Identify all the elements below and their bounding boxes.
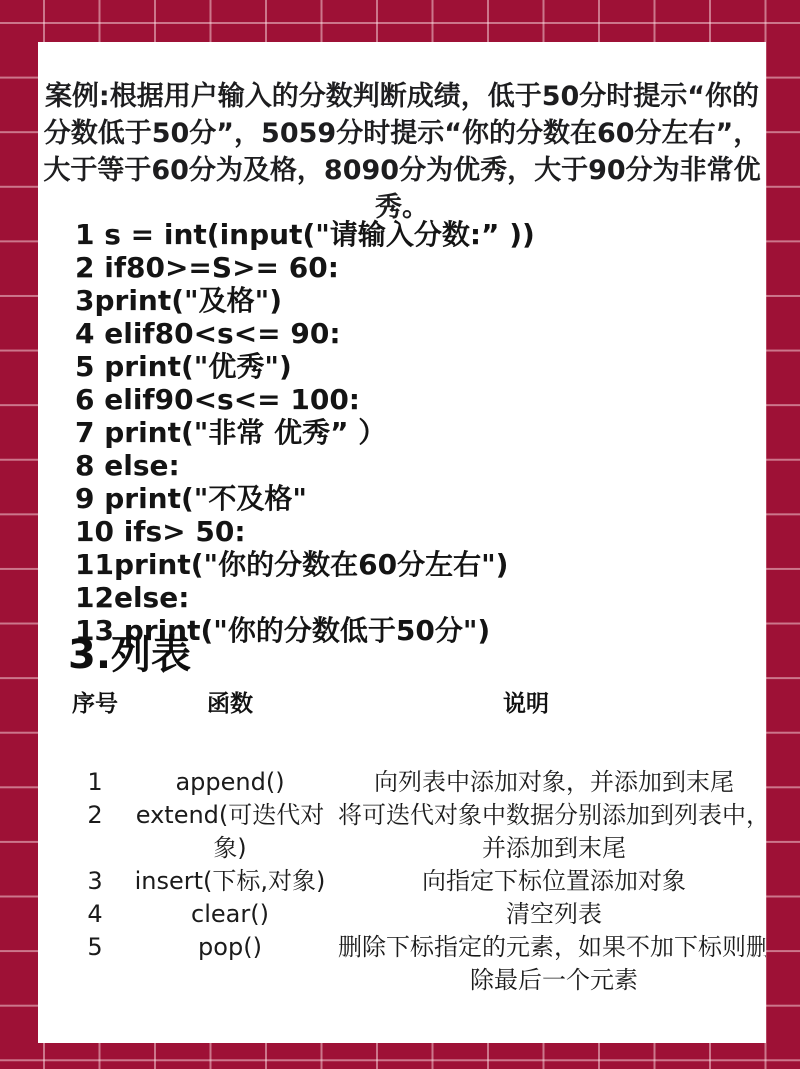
row-function: extend(可迭代对象) [124, 799, 336, 865]
code-line: 11print("你的分数在60分左右") [75, 548, 766, 581]
row-description: 清空列表 [336, 898, 766, 931]
row-function: pop() [124, 931, 336, 997]
table-row: 2 extend(可迭代对象) 将可迭代对象中数据分别添加到列表中，并添加到末尾 [38, 799, 766, 865]
code-line: 1 s = int(input("请输入分数:” )) [75, 218, 766, 251]
code-line: 4 elif80<s<= 90: [75, 317, 766, 350]
row-description: 将可迭代对象中数据分别添加到列表中，并添加到末尾 [336, 799, 766, 865]
intro-line: 大于等于60分为及格，8090分为优秀，大于90分为非常优 [38, 152, 766, 189]
code-line: 5 print("优秀") [75, 350, 766, 383]
row-description: 向列表中添加对象，并添加到末尾 [336, 766, 766, 799]
row-function: clear() [124, 898, 336, 931]
table-row: 3 insert(下标,对象) 向指定下标位置添加对象 [38, 865, 766, 898]
row-no: 2 [66, 799, 124, 865]
intro-line: 案例:根据用户输入的分数判断成绩，低于50分时提示“你的 [38, 78, 766, 115]
intro-line: 分数低于50分”，5059分时提示“你的分数在60分左右”， [38, 115, 766, 152]
code-line: 6 elif90<s<= 100: [75, 383, 766, 416]
table-row: 5 pop() 删除下标指定的元素，如果不加下标则删除最后一个元素 [38, 931, 766, 997]
row-no: 1 [66, 766, 124, 799]
table-body: 1 append() 向列表中添加对象，并添加到末尾 2 extend(可迭代对… [38, 766, 766, 997]
table-row: 4 clear() 清空列表 [38, 898, 766, 931]
code-line: 9 print("不及格" [75, 482, 766, 515]
row-function: insert(下标,对象) [124, 865, 336, 898]
table-header-fn: 函数 [124, 688, 336, 721]
list-functions-table: 序号 函数 说明 1 append() 向列表中添加对象，并添加到末尾 2 ex… [38, 688, 766, 997]
notes-card: 案例:根据用户输入的分数判断成绩，低于50分时提示“你的 分数低于50分”，50… [38, 42, 766, 1043]
table-row: 1 append() 向列表中添加对象，并添加到末尾 [38, 766, 766, 799]
table-header-row: 序号 函数 说明 [38, 688, 766, 721]
row-no: 3 [66, 865, 124, 898]
row-no: 4 [66, 898, 124, 931]
code-line: 12else: [75, 581, 766, 614]
row-function: append() [124, 766, 336, 799]
case-description: 案例:根据用户输入的分数判断成绩，低于50分时提示“你的 分数低于50分”，50… [38, 78, 766, 226]
code-block: 1 s = int(input("请输入分数:” )) 2 if80>=S>= … [38, 218, 766, 647]
table-header-desc: 说明 [308, 688, 744, 721]
table-header-no: 序号 [66, 688, 124, 721]
row-no: 5 [66, 931, 124, 997]
code-line: 2 if80>=S>= 60: [75, 251, 766, 284]
code-line: 10 ifs> 50: [75, 515, 766, 548]
code-line: 3print("及格") [75, 284, 766, 317]
code-line: 8 else: [75, 449, 766, 482]
grid-background: 案例:根据用户输入的分数判断成绩，低于50分时提示“你的 分数低于50分”，50… [0, 0, 800, 1069]
row-description: 向指定下标位置添加对象 [336, 865, 766, 898]
code-line: 7 print("非常 优秀” ） [75, 416, 766, 449]
row-description: 删除下标指定的元素，如果不加下标则删除最后一个元素 [336, 931, 766, 997]
